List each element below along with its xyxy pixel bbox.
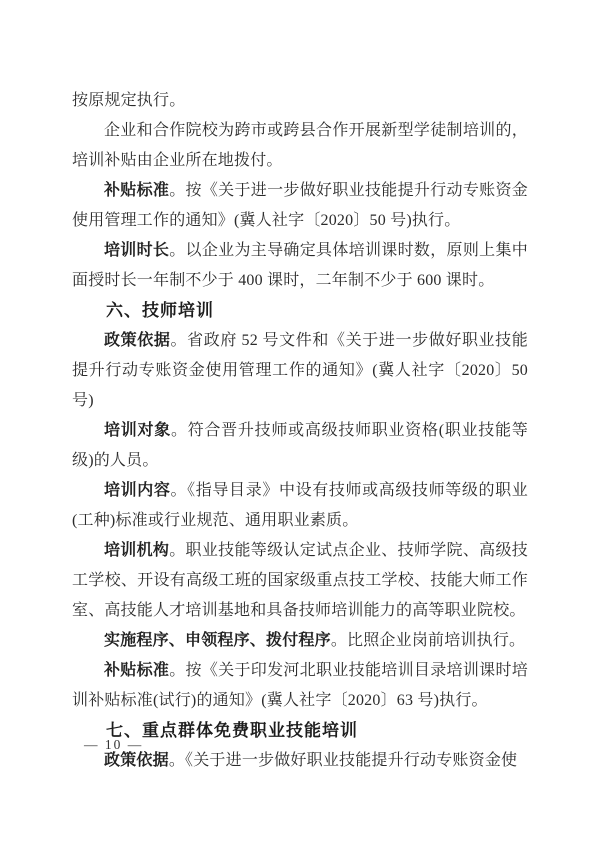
document-body: 按原规定执行。企业和合作院校为跨市或跨县合作开展新型学徒制培训的，培训补贴由企业… xyxy=(72,86,528,776)
heading-text: 六、技师培训 xyxy=(106,301,214,320)
paragraph-lead: 政策依据 xyxy=(104,332,170,349)
paragraph: 培训对象。符合晋升技师或高级技师职业资格(职业技能等级)的人员。 xyxy=(72,416,528,476)
document-page: 按原规定执行。企业和合作院校为跨市或跨县合作开展新型学徒制培训的，培训补贴由企业… xyxy=(0,0,600,849)
paragraph-text: 。《关于进一步做好职业技能提升行动专账资金使 xyxy=(169,752,517,769)
paragraph-lead: 补贴标准 xyxy=(104,662,169,679)
paragraph: 按原规定执行。 xyxy=(72,86,528,116)
paragraph: 培训内容。《指导目录》中设有技师或高级技师等级的职业(工种)标准或行业规范、通用… xyxy=(72,476,528,536)
section-heading: 六、技师培训 xyxy=(72,296,528,326)
paragraph-lead: 培训机构 xyxy=(104,542,169,559)
paragraph-lead: 培训对象 xyxy=(104,422,171,439)
paragraph: 补贴标准。按《关于进一步做好职业技能提升行动专账资金使用管理工作的通知》(冀人社… xyxy=(72,176,528,236)
paragraph: 企业和合作院校为跨市或跨县合作开展新型学徒制培训的，培训补贴由企业所在地拨付。 xyxy=(72,116,528,176)
paragraph-lead: 政策依据 xyxy=(104,752,169,769)
paragraph: 实施程序、申领程序、拨付程序。比照企业岗前培训执行。 xyxy=(72,626,528,656)
paragraph-lead: 补贴标准 xyxy=(104,182,169,199)
heading-text: 七、重点群体免费职业技能培训 xyxy=(106,721,358,740)
paragraph-text: 。比照企业岗前培训执行。 xyxy=(331,632,525,649)
paragraph: 培训机构。职业技能等级认定试点企业、技师学院、高级技工学校、开设有高级工班的国家… xyxy=(72,536,528,626)
paragraph-text: 按原规定执行。 xyxy=(72,92,185,109)
paragraph-lead: 实施程序、申领程序、拨付程序 xyxy=(104,632,331,649)
paragraph-lead: 培训内容 xyxy=(104,482,171,499)
paragraph: 培训时长。以企业为主导确定具体培训课时数，原则上集中面授时长一年制不少于 400… xyxy=(72,236,528,296)
paragraph-lead: 培训时长 xyxy=(104,242,169,259)
paragraph-text: 企业和合作院校为跨市或跨县合作开展新型学徒制培训的，培训补贴由企业所在地拨付。 xyxy=(72,122,528,169)
page-number: — 10 — xyxy=(84,737,143,753)
paragraph: 政策依据。省政府 52 号文件和《关于进一步做好职业技能提升行动专账资金使用管理… xyxy=(72,326,528,416)
paragraph: 补贴标准。按《关于印发河北职业技能培训目录培训课时培训补贴标准(试行)的通知》(… xyxy=(72,656,528,716)
